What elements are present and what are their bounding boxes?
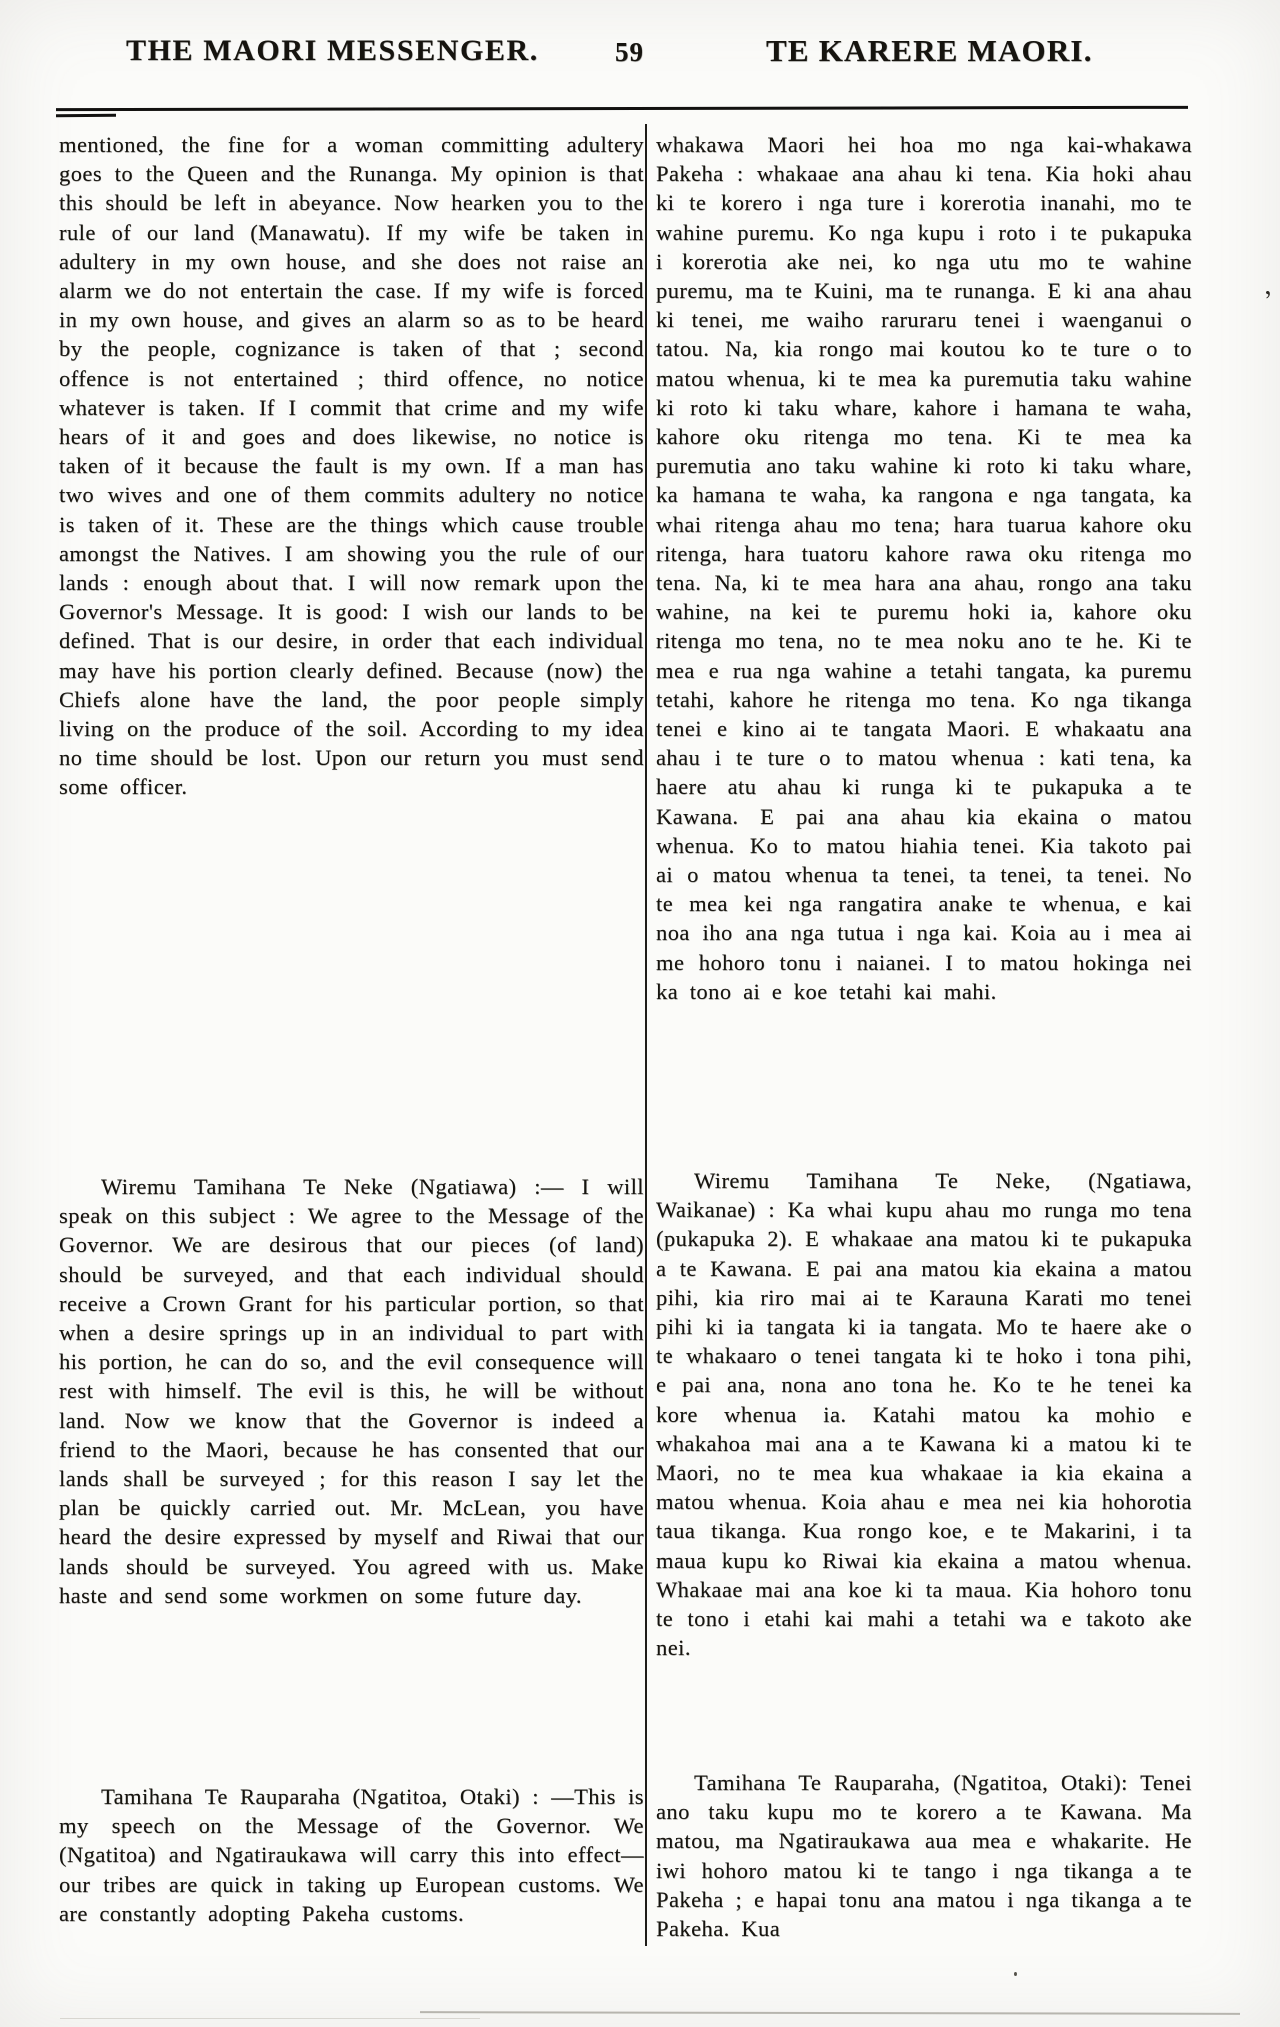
- newspaper-page-scan: THE MAORI MESSENGER. 59 TE KARERE MAORI.…: [0, 0, 1280, 2027]
- masthead-title-maori: TE KARERE MAORI.: [766, 33, 1093, 69]
- maori-column: whakawa Maori hei hoa mo nga kai-whakawa…: [656, 130, 1192, 1990]
- header-rule-stub: [56, 114, 116, 118]
- paragraph-maori-continuation: whakawa Maori hei hoa mo nga kai-whakawa…: [656, 130, 1192, 1006]
- masthead: THE MAORI MESSENGER. 59 TE KARERE MAORI.: [0, 0, 1280, 120]
- ink-speck: [1014, 1972, 1017, 1976]
- ink-stray-mark: ,: [1260, 270, 1274, 303]
- paragraph-maori-wiremu-speech: Wiremu Tamihana Te Neke, (Ngatiawa, Waik…: [656, 1166, 1192, 1662]
- column-divider: [645, 124, 647, 1946]
- english-column: mentioned, the fine for a woman committi…: [59, 130, 644, 1990]
- scan-edge-line: [420, 2011, 1240, 2015]
- paragraph-english-tamihana-speech: Tamihana Te Rauparaha (Ngatitoa, Otaki) …: [59, 1782, 644, 1928]
- paragraph-maori-tamihana-speech: Tamihana Te Rauparaha, (Ngatitoa, Otaki)…: [656, 1768, 1192, 1943]
- scan-edge-line: [60, 2018, 480, 2019]
- paragraph-english-wiremu-speech: Wiremu Tamihana Te Neke (Ngatiawa) :— I …: [59, 1172, 644, 1610]
- masthead-title-english: THE MAORI MESSENGER.: [126, 34, 539, 68]
- page-number: 59: [615, 37, 644, 68]
- paragraph-english-continuation: mentioned, the fine for a woman committi…: [59, 130, 644, 802]
